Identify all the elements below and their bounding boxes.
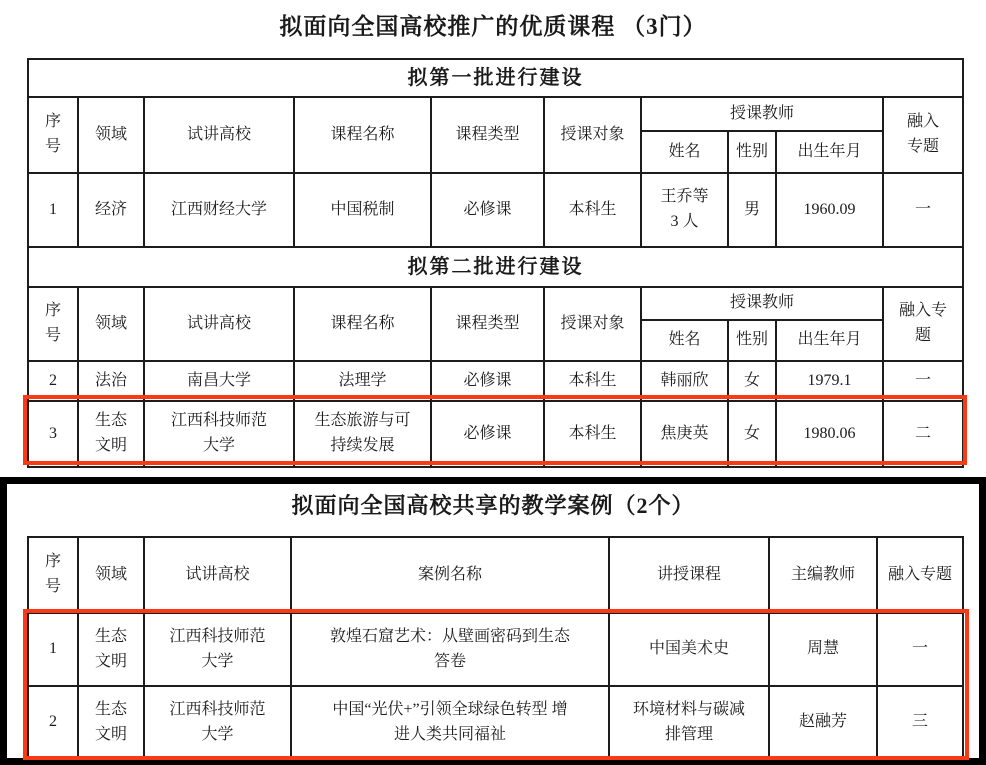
col-header-teacher-group: 授课教师 [641, 287, 883, 320]
cases-table: 序 号 领域 试讲高校 案例名称 讲授课程 主编教师 融入专题 1 生态 文明 … [27, 536, 964, 760]
cell-theme: 一 [883, 173, 963, 247]
col-header-course: 讲授课程 [609, 537, 769, 613]
cell-univ: 南昌大学 [144, 361, 294, 401]
col-header-univ: 试讲高校 [144, 97, 294, 173]
document-title: 拟面向全国高校推广的优质课程 （3门） [0, 8, 986, 41]
cell-theme: 二 [883, 401, 963, 467]
cell-univ: 江西科技师范 大学 [144, 401, 294, 467]
col-header-seq: 序 号 [28, 97, 78, 173]
cell-type: 必修课 [431, 173, 544, 247]
cell-theme: 三 [877, 686, 963, 759]
case-row-2-highlighted: 2 生态 文明 江西科技师范 大学 中国“光伏+”引领全球绿色转型 增 进人类共… [28, 686, 963, 759]
course-row-1: 1 经济 江西财经大学 中国税制 必修课 本科生 王乔等 3 人 男 1960.… [28, 173, 963, 247]
cell-audience: 本科生 [544, 401, 641, 467]
cell-field: 经济 [78, 173, 144, 247]
col-header-name: 姓名 [641, 320, 728, 361]
col-header-field: 领域 [78, 287, 144, 361]
col-header-type: 课程类型 [431, 287, 544, 361]
cell-course: 中国税制 [294, 173, 431, 247]
cell-course: 环境材料与碳减 排管理 [609, 686, 769, 759]
cell-seq: 2 [28, 361, 78, 401]
cell-gender: 女 [728, 401, 776, 467]
batch1-section-header: 拟第一批进行建设 [28, 59, 963, 97]
col-header-teacher-group: 授课教师 [641, 97, 883, 131]
cell-univ: 江西科技师范 大学 [144, 613, 291, 686]
cell-editor: 赵融芳 [769, 686, 877, 759]
col-header-univ: 试讲高校 [144, 537, 291, 613]
col-header-audience: 授课对象 [544, 287, 641, 361]
course-row-3-highlighted: 3 生态 文明 江西科技师范 大学 生态旅游与可 持续发展 必修课 本科生 焦庚… [28, 401, 963, 467]
col-header-field: 领域 [78, 537, 144, 613]
cell-audience: 本科生 [544, 173, 641, 247]
col-header-seq: 序 号 [28, 287, 78, 361]
col-header-editor: 主编教师 [769, 537, 877, 613]
cell-editor: 周慧 [769, 613, 877, 686]
cell-theme: 一 [877, 613, 963, 686]
cell-univ: 江西财经大学 [144, 173, 294, 247]
cell-audience: 本科生 [544, 361, 641, 401]
col-header-type: 课程类型 [431, 97, 544, 173]
cell-course: 法理学 [294, 361, 431, 401]
col-header-birth: 出生年月 [776, 320, 883, 361]
col-header-theme: 融入专题 [877, 537, 963, 613]
cell-seq: 1 [28, 173, 78, 247]
cell-field: 生态 文明 [78, 613, 144, 686]
cell-case: 中国“光伏+”引领全球绿色转型 增 进人类共同福祉 [291, 686, 609, 759]
cell-case: 敦煌石窟艺术：从壁画密码到生态 答卷 [291, 613, 609, 686]
col-header-birth: 出生年月 [776, 131, 883, 173]
col-header-gender: 性别 [728, 320, 776, 361]
cell-birth: 1979.1 [776, 361, 883, 401]
courses-table: 拟第一批进行建设 序 号 领域 试讲高校 课程名称 课程类型 授课对象 授课教师… [27, 58, 964, 468]
cell-theme: 一 [883, 361, 963, 401]
batch2-section-header: 拟第二批进行建设 [28, 247, 963, 287]
col-header-gender: 性别 [728, 131, 776, 173]
cell-seq: 2 [28, 686, 78, 759]
cell-field: 生态 文明 [78, 686, 144, 759]
col-header-seq: 序 号 [28, 537, 78, 613]
cell-name: 王乔等 3 人 [641, 173, 728, 247]
cell-birth: 1980.06 [776, 401, 883, 467]
cell-type: 必修课 [431, 361, 544, 401]
col-header-course: 课程名称 [294, 97, 431, 173]
course-row-2: 2 法治 南昌大学 法理学 必修课 本科生 韩丽欣 女 1979.1 一 [28, 361, 963, 401]
cell-field: 生态 文明 [78, 401, 144, 467]
col-header-univ: 试讲高校 [144, 287, 294, 361]
cell-course: 中国美术史 [609, 613, 769, 686]
cell-birth: 1960.09 [776, 173, 883, 247]
cell-course: 生态旅游与可 持续发展 [294, 401, 431, 467]
col-header-course: 课程名称 [294, 287, 431, 361]
col-header-case: 案例名称 [291, 537, 609, 613]
cell-gender: 男 [728, 173, 776, 247]
cell-field: 法治 [78, 361, 144, 401]
cell-name: 韩丽欣 [641, 361, 728, 401]
col-header-field: 领域 [78, 97, 144, 173]
cell-univ: 江西科技师范 大学 [144, 686, 291, 759]
cell-gender: 女 [728, 361, 776, 401]
case-row-1-highlighted: 1 生态 文明 江西科技师范 大学 敦煌石窟艺术：从壁画密码到生态 答卷 中国美… [28, 613, 963, 686]
cell-name: 焦庚英 [641, 401, 728, 467]
cell-seq: 3 [28, 401, 78, 467]
col-header-theme: 融入专 题 [883, 287, 963, 361]
col-header-theme: 融入 专题 [883, 97, 963, 173]
col-header-name: 姓名 [641, 131, 728, 173]
col-header-audience: 授课对象 [544, 97, 641, 173]
cell-type: 必修课 [431, 401, 544, 467]
cases-title: 拟面向全国高校共享的教学案例（2个） [0, 489, 986, 520]
cell-seq: 1 [28, 613, 78, 686]
